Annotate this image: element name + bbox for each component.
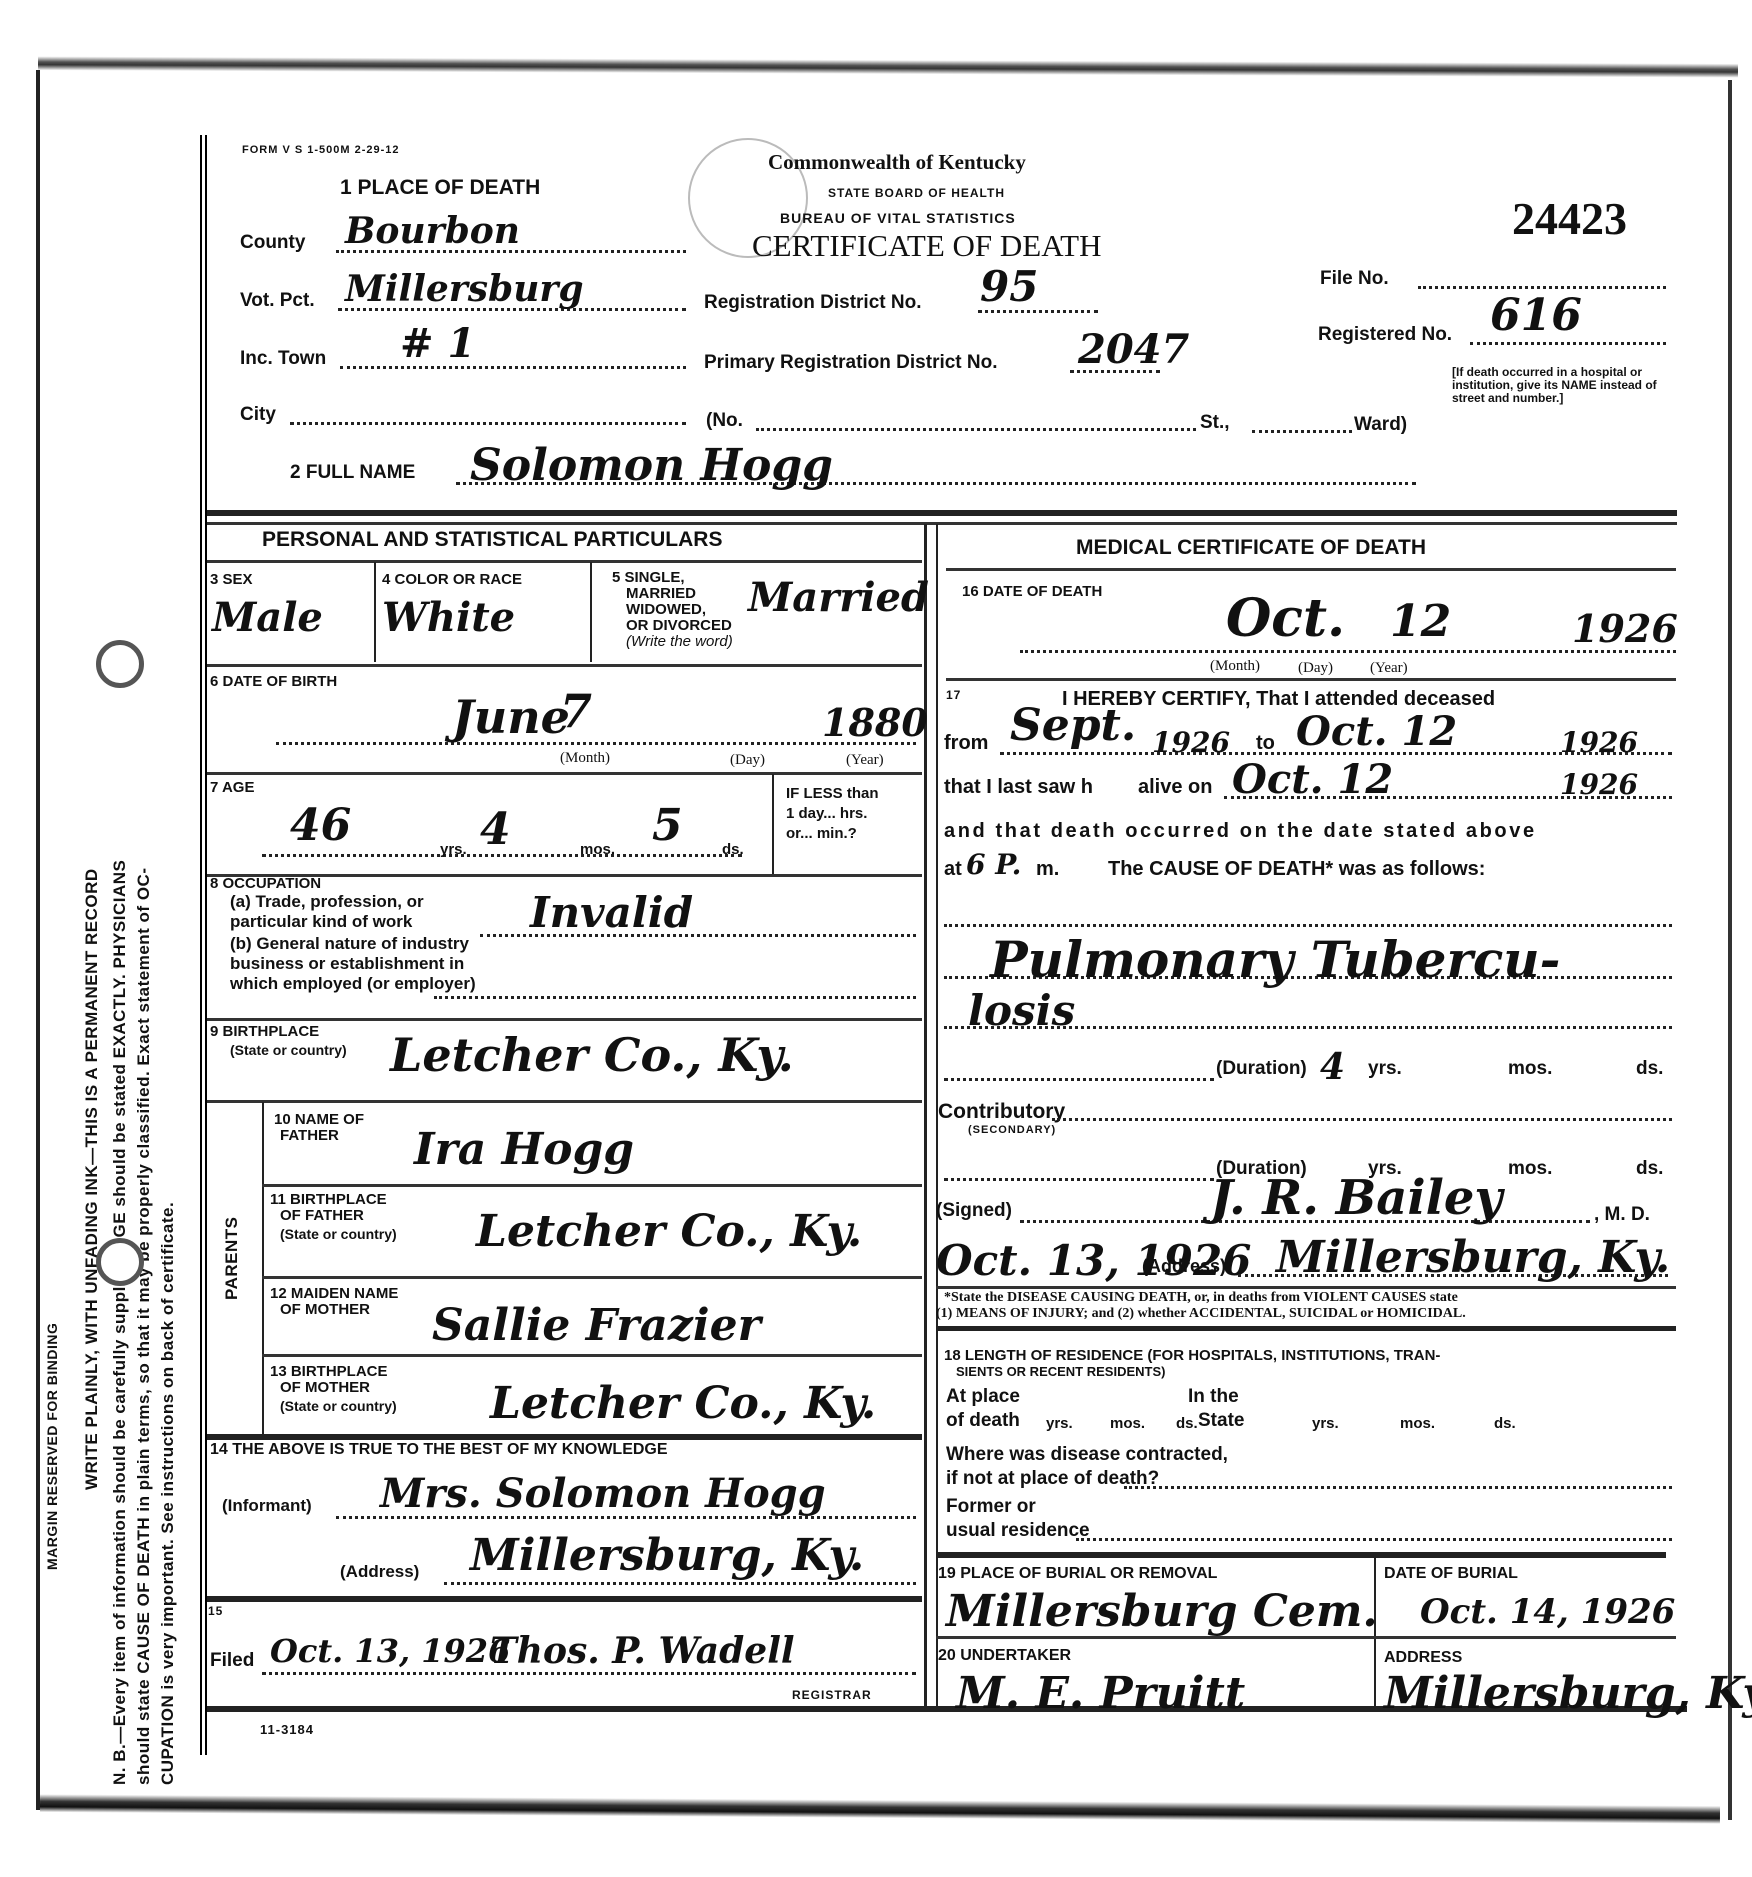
dod-month-field[interactable]: Oct. — [1226, 588, 1345, 649]
attended-from-year[interactable]: 1926 — [1152, 726, 1230, 759]
file-no-label: File No. — [1320, 268, 1389, 290]
footnote-line-2: (1) MEANS OF INJURY; and (2) whether ACC… — [936, 1306, 1466, 1322]
residence-label-2: SIENTS OR RECENT RESIDENTS) — [956, 1364, 1165, 1380]
registration-district-label: Registration District No. — [704, 292, 921, 314]
vot-pct-field[interactable]: Millersburg — [345, 268, 584, 310]
informant-statement: 14 THE ABOVE IS TRUE TO THE BEST OF MY K… — [210, 1442, 668, 1458]
age-days-field[interactable]: 5 — [652, 800, 683, 851]
attended-from-field[interactable]: Sept. — [1010, 700, 1136, 751]
street-label: St., — [1200, 412, 1230, 434]
undertaker-address-field[interactable]: Millersburg, Ky. — [1384, 1668, 1752, 1719]
in-state-label-2: State — [1198, 1410, 1244, 1432]
margin-instruction-4: CUPATION is very important. See instruct… — [158, 1202, 178, 1785]
former-residence-label-1: Former or — [946, 1496, 1036, 1518]
registered-no-label: Registered No. — [1318, 324, 1452, 346]
sex-label: 3 SEX — [210, 572, 253, 588]
bureau-heading: BUREAU OF VITAL STATISTICS — [780, 210, 1016, 226]
time-at-label: at — [944, 858, 962, 881]
county-field[interactable]: Bourbon — [345, 210, 520, 252]
father-name-label-1: 10 NAME OF — [274, 1112, 364, 1128]
registrar-label: REGISTRAR — [792, 1688, 872, 1702]
parents-side-label: PARENTS — [222, 1217, 242, 1300]
margin-binding-note: MARGIN RESERVED FOR BINDING — [44, 1323, 60, 1570]
form-left-border — [200, 135, 207, 1755]
dob-year-caption: (Year) — [846, 752, 884, 768]
primary-registration-district-field[interactable]: 2047 — [1078, 326, 1189, 373]
scan-border-right — [1728, 80, 1732, 1820]
city-label: City — [240, 404, 276, 426]
physician-address-label: (Address) — [1142, 1256, 1226, 1277]
occupation-label: 8 OCCUPATION — [210, 876, 321, 892]
father-name-field[interactable]: Ira Hogg — [414, 1124, 634, 1175]
mother-birthplace-label-3: (State or country) — [280, 1398, 397, 1414]
punch-hole-top — [96, 640, 144, 688]
occupation-trade-field[interactable]: Invalid — [530, 888, 693, 937]
less-than-label-2: 1 day... hrs. — [786, 806, 867, 822]
father-birthplace-label-3: (State or country) — [280, 1226, 397, 1242]
less-than-label-1: IF LESS than — [786, 786, 879, 802]
mother-birthplace-label-2: OF MOTHER — [280, 1380, 370, 1396]
contracted-label-1: Where was disease contracted, — [946, 1444, 1228, 1466]
duration-label: (Duration) — [1216, 1058, 1307, 1080]
occupation-a-label-2: particular kind of work — [230, 914, 412, 930]
dob-label: 6 DATE OF BIRTH — [210, 674, 337, 690]
registered-no-field[interactable]: 616 — [1490, 290, 1582, 341]
scan-border-bottom — [40, 1794, 1720, 1824]
item-15-number: 15 — [208, 1604, 223, 1618]
birthplace-sub-label: (State or country) — [230, 1042, 347, 1058]
informant-address-field[interactable]: Millersburg, Ky. — [470, 1530, 864, 1581]
dod-year-field[interactable]: 1926 — [1572, 606, 1678, 651]
time-of-death-field[interactable]: 6 P. — [966, 848, 1021, 881]
board-heading: STATE BOARD OF HEALTH — [828, 186, 1005, 200]
physician-address-field[interactable]: Millersburg, Ky. — [1276, 1232, 1670, 1283]
marital-label-4: OR DIVORCED — [626, 618, 732, 634]
mother-name-label-2: OF MOTHER — [280, 1302, 370, 1318]
in-state-mos-label: mos. — [1400, 1416, 1435, 1432]
filed-date-field[interactable]: Oct. 13, 1926 — [270, 1632, 510, 1670]
attended-to-field[interactable]: Oct. 12 — [1296, 708, 1457, 755]
burial-date-label: DATE OF BURIAL — [1384, 1566, 1518, 1582]
race-label: 4 COLOR OR RACE — [382, 572, 522, 588]
scan-border-left — [36, 70, 40, 1810]
cause-of-death-label: The CAUSE OF DEATH* was as follows: — [1108, 858, 1485, 881]
dod-day-caption: (Day) — [1298, 660, 1333, 676]
registrar-signature[interactable]: Thos. P. Wadell — [490, 1630, 795, 1672]
informant-address-label: (Address) — [340, 1564, 419, 1580]
dod-label: 16 DATE OF DEATH — [962, 584, 1102, 600]
race-field[interactable]: White — [382, 594, 515, 641]
duration-mos-label: mos. — [1508, 1058, 1552, 1080]
medical-section-title: MEDICAL CERTIFICATE OF DEATH — [1076, 536, 1426, 560]
physician-signature[interactable]: J. R. Bailey — [1210, 1170, 1502, 1226]
in-state-yrs-label: yrs. — [1312, 1416, 1339, 1432]
age-yrs-label: yrs. — [440, 842, 467, 858]
occupation-b-label-2: business or establishment in — [230, 956, 464, 972]
duration-2-ds-label: ds. — [1636, 1158, 1663, 1180]
attended-to-label: to — [1256, 732, 1275, 755]
at-place-label-2: of death — [946, 1410, 1020, 1432]
vot-pct-label: Vot. Pct. — [240, 290, 315, 312]
at-place-mos-label: mos. — [1110, 1416, 1145, 1432]
marital-label-1: 5 SINGLE, — [612, 570, 685, 586]
filed-label: Filed — [210, 1650, 254, 1672]
father-birthplace-label-1: 11 BIRTHPLACE — [270, 1192, 387, 1208]
age-years-field[interactable]: 46 — [290, 800, 351, 851]
father-name-label-2: FATHER — [280, 1128, 339, 1144]
father-birthplace-field[interactable]: Letcher Co., Ky. — [476, 1206, 862, 1257]
at-place-ds-label: ds. — [1176, 1416, 1198, 1432]
occupation-b-label-3: which employed (or employer) — [230, 976, 476, 992]
birthplace-field[interactable]: Letcher Co., Ky. — [390, 1028, 794, 1082]
dob-month-field[interactable]: June — [452, 690, 570, 744]
duration-2-mos-label: mos. — [1508, 1158, 1552, 1180]
former-residence-label-2: usual residence — [946, 1520, 1090, 1542]
full-name-label: 2 FULL NAME — [290, 462, 415, 484]
margin-instruction-2: N. B.—Every item of information should b… — [110, 860, 130, 1785]
burial-place-field[interactable]: Millersburg Cem. — [946, 1586, 1378, 1637]
form-code: 11-3184 — [260, 1722, 314, 1737]
section-divider — [207, 510, 1677, 516]
informant-field[interactable]: Mrs. Solomon Hogg — [380, 1470, 826, 1517]
duration-yrs-label: yrs. — [1368, 1058, 1402, 1080]
full-name-field[interactable]: Solomon Hogg — [470, 440, 833, 491]
ward-label: Ward) — [1354, 414, 1407, 436]
secondary-label: (SECONDARY) — [968, 1124, 1056, 1136]
duration-ds-label: ds. — [1636, 1058, 1663, 1080]
md-label: , M. D. — [1594, 1204, 1650, 1226]
attended-to-year[interactable]: 1926 — [1560, 726, 1638, 759]
birthplace-label: 9 BIRTHPLACE — [210, 1024, 319, 1040]
dod-day-field[interactable]: 12 — [1390, 596, 1451, 647]
personal-section-title: PERSONAL AND STATISTICAL PARTICULARS — [262, 528, 722, 552]
inc-town-label: Inc. Town — [240, 348, 326, 370]
occupation-a-label-1: (a) Trade, profession, or — [230, 894, 424, 910]
in-state-label-1: In the — [1188, 1386, 1239, 1408]
registration-district-field[interactable]: 95 — [980, 262, 1038, 311]
attended-from-label: from — [944, 732, 988, 755]
informant-label: (Informant) — [222, 1498, 312, 1514]
dob-day-field[interactable]: 7 — [560, 684, 592, 738]
less-than-label-3: or... min.? — [786, 826, 857, 842]
occupation-b-label-1: (b) General nature of industry — [230, 936, 469, 952]
last-saw-field[interactable]: Oct. 12 — [1232, 756, 1393, 803]
mother-name-field[interactable]: Sallie Frazier — [432, 1300, 761, 1351]
death-occurred-statement: and that death occurred on the date stat… — [944, 820, 1537, 843]
last-saw-label: that I last saw h — [944, 776, 1093, 799]
duration-years-field[interactable]: 4 — [1320, 1046, 1345, 1088]
age-label: 7 AGE — [210, 780, 254, 796]
marital-label-2: MARRIED — [626, 586, 696, 602]
mother-name-label-1: 12 MAIDEN NAME — [270, 1286, 398, 1302]
age-months-field[interactable]: 4 — [480, 804, 511, 855]
primary-registration-district-label: Primary Registration District No. — [704, 352, 998, 374]
at-place-yrs-label: yrs. — [1046, 1416, 1073, 1432]
marital-label-3: WIDOWED, — [626, 602, 706, 618]
scan-border-top — [38, 56, 1738, 77]
time-m-label: m. — [1036, 858, 1059, 881]
marital-label-5: (Write the word) — [626, 634, 733, 650]
marital-status-field[interactable]: Married — [748, 574, 929, 621]
in-state-ds-label: ds. — [1494, 1416, 1516, 1432]
cause-of-death-field-line-2[interactable]: losis — [968, 986, 1075, 1035]
item-17-number: 17 — [946, 688, 961, 702]
commonwealth-heading: Commonwealth of Kentucky — [768, 150, 1026, 175]
last-saw-alive-label: alive on — [1138, 776, 1212, 799]
burial-date-field[interactable]: Oct. 14, 1926 — [1420, 1592, 1675, 1632]
burial-place-label: 19 PLACE OF BURIAL OR REMOVAL — [938, 1566, 1217, 1582]
margin-instruction-1: WRITE PLAINLY, WITH UNFADING INK—THIS IS… — [82, 868, 102, 1490]
dod-year-caption: (Year) — [1370, 660, 1408, 676]
certificate-number: 24423 — [1512, 192, 1627, 245]
age-mos-label: mos. — [580, 842, 615, 858]
county-label: County — [240, 232, 305, 254]
undertaker-address-label: ADDRESS — [1384, 1650, 1462, 1666]
last-saw-year[interactable]: 1926 — [1560, 768, 1638, 801]
certificate-title: CERTIFICATE OF DEATH — [752, 228, 1101, 264]
mother-birthplace-label-1: 13 BIRTHPLACE — [270, 1364, 388, 1380]
residence-label-1: 18 LENGTH OF RESIDENCE (FOR HOSPITALS, I… — [944, 1348, 1440, 1364]
signed-label: (Signed) — [936, 1200, 1012, 1222]
margin-instruction-3: should state CAUSE OF DEATH in plain ter… — [134, 868, 154, 1785]
place-of-death-heading: 1 PLACE OF DEATH — [340, 176, 540, 200]
dod-month-caption: (Month) — [1210, 658, 1260, 674]
dob-day-caption: (Day) — [730, 752, 765, 768]
street-no-label: (No. — [706, 410, 743, 432]
dob-year-field[interactable]: 1880 — [822, 700, 928, 745]
footnote-line-1: *State the DISEASE CAUSING DEATH, or, in… — [944, 1290, 1458, 1306]
father-birthplace-label-2: OF FATHER — [280, 1208, 364, 1224]
at-place-label-1: At place — [946, 1386, 1020, 1408]
punch-hole-bottom — [96, 1238, 144, 1286]
institution-note: [If death occurred in a hospital or inst… — [1452, 366, 1672, 405]
sex-field[interactable]: Male — [212, 594, 323, 641]
age-ds-label: ds. — [722, 842, 744, 858]
undertaker-label: 20 UNDERTAKER — [938, 1648, 1071, 1664]
contributory-label: Contributory — [938, 1100, 1065, 1124]
cause-of-death-field-line-1[interactable]: Pulmonary Tubercu- — [990, 930, 1560, 989]
dob-month-caption: (Month) — [560, 750, 610, 766]
undertaker-field[interactable]: M. E. Pruitt — [956, 1668, 1245, 1719]
inc-town-field[interactable]: # 1 — [400, 320, 475, 367]
form-number: FORM V S 1-500M 2-29-12 — [242, 144, 400, 156]
mother-birthplace-field[interactable]: Letcher Co., Ky. — [490, 1378, 876, 1429]
